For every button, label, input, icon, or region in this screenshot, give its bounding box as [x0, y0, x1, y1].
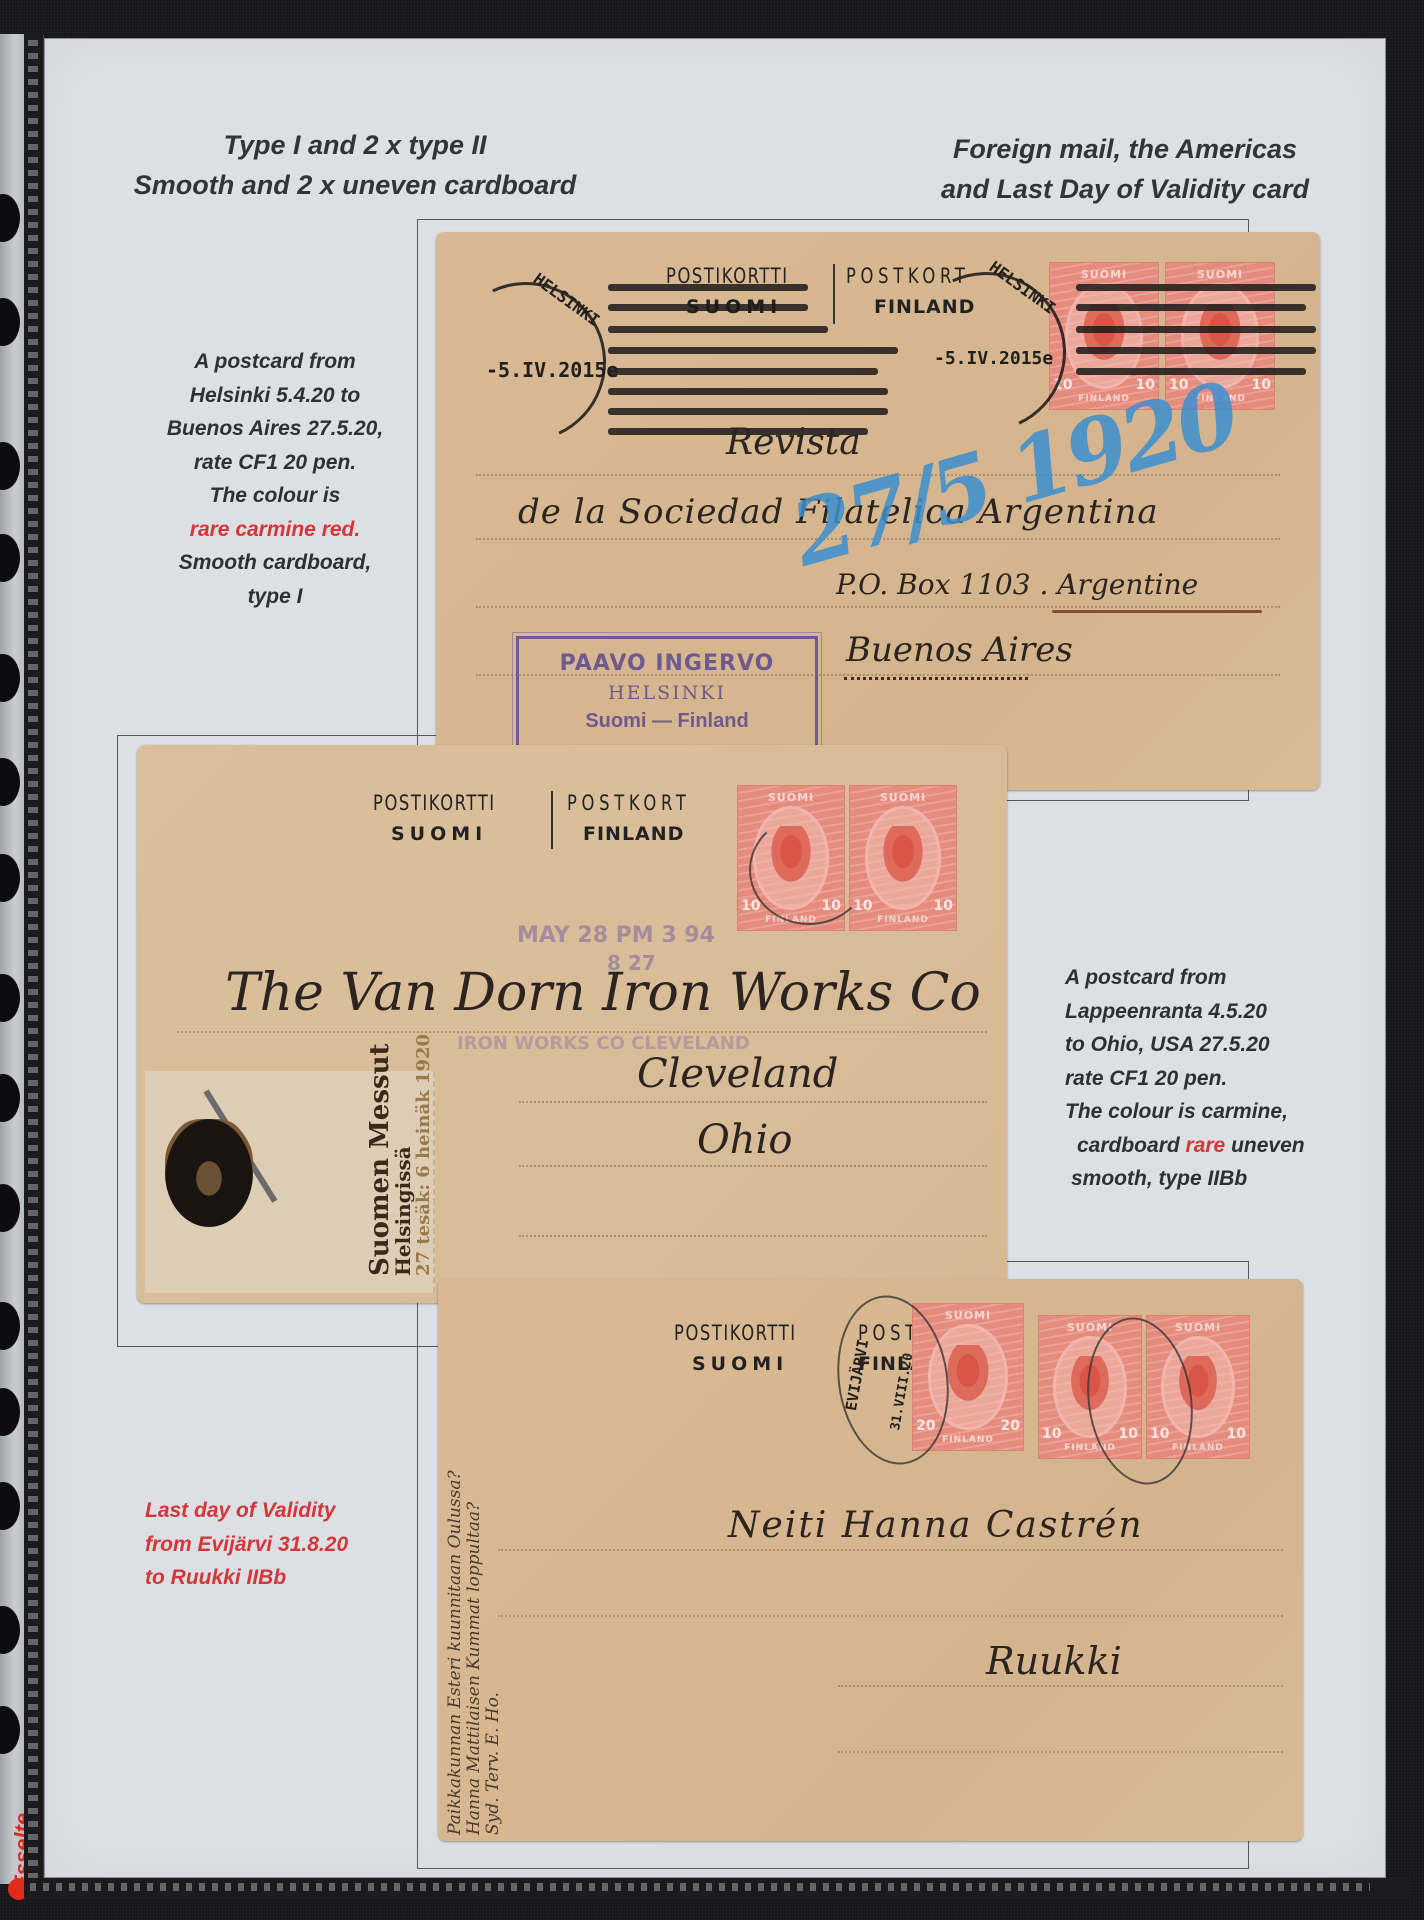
- cancel-bar: [608, 284, 808, 291]
- sleeve-rail-left: [24, 34, 44, 1886]
- card-title-fi: POSTIKORTTI SUOMI: [674, 1321, 831, 1375]
- sleeve-rail-bottom: [24, 1878, 1410, 1898]
- cancel-bar: [608, 388, 888, 395]
- message-line: Hanna Mattilaisen Kummat loppultaa?: [465, 1470, 484, 1835]
- header-left-line-2: Smooth and 2 x uneven cardboard: [125, 165, 585, 205]
- caption-line: The colour is: [125, 479, 425, 513]
- punch-hole: [0, 654, 20, 702]
- cancel-bar: [608, 347, 898, 354]
- fair-vignette-label: Suomen Messut Helsingissä 27 tesäk: 6 he…: [145, 1071, 435, 1293]
- stamp-label: FINLAND: [850, 915, 956, 925]
- caption-line: rate CF1 20 pen.: [125, 446, 425, 480]
- caption-line: A postcard from: [1065, 961, 1395, 995]
- card-title-fi: POSTIKORTTI SUOMI: [373, 791, 530, 845]
- title-divider: [551, 791, 553, 849]
- header-right-line-1: Foreign mail, the Americas: [915, 129, 1335, 169]
- caption-text: cardboard: [1077, 1134, 1186, 1157]
- caption-line: type I: [125, 580, 425, 614]
- stamp-value: 10: [1042, 1426, 1061, 1442]
- address-state: Ohio: [697, 1117, 792, 1163]
- address-recipient: The Van Dorn Iron Works Co: [225, 963, 981, 1023]
- cachet-name: PAAVO INGERVO: [519, 651, 815, 676]
- postmark-date: -5.IV.2015e: [486, 358, 618, 382]
- address-recipient: Neiti Hanna Castrén: [728, 1505, 1144, 1546]
- cancel-bar: [608, 304, 808, 311]
- caption-line: Smooth cardboard,: [125, 546, 425, 580]
- address-line: [498, 1615, 1283, 1617]
- stamp-label: SUOMI: [850, 791, 956, 804]
- punch-hole: [0, 1606, 20, 1654]
- stamp-value: 10: [741, 898, 760, 914]
- header-right: Foreign mail, the Americas and Last Day …: [915, 129, 1335, 209]
- caption-card-3: Last day of Validity from Evijärvi 31.8.…: [145, 1494, 425, 1595]
- address-line: [519, 1235, 987, 1237]
- punch-hole: [0, 758, 20, 806]
- cachet-country: Suomi — Finland: [519, 710, 815, 733]
- punch-hole: [0, 1388, 20, 1436]
- cancel-bar: [1076, 284, 1316, 291]
- address-recipient: Revista: [726, 422, 861, 463]
- caption-line: Last day of Validity: [145, 1494, 425, 1528]
- cancel-bar: [608, 368, 878, 375]
- address-city: Cleveland: [637, 1051, 838, 1097]
- title-sv: POSTKORT: [567, 791, 691, 815]
- punch-hole: [0, 854, 20, 902]
- title-fi: POSTIKORTTI: [674, 1321, 797, 1345]
- caption-line: Helsinki 5.4.20 to: [125, 379, 425, 413]
- address-line: [476, 606, 1280, 608]
- lion-emblem-icon: [1194, 304, 1246, 368]
- address-city: Buenos Aires: [846, 630, 1073, 670]
- stamp-label: SUOMI: [913, 1309, 1023, 1322]
- album-leaf: Type I and 2 x type II Smooth and 2 x un…: [44, 38, 1386, 1878]
- caption-line: A postcard from: [125, 345, 425, 379]
- address-line: [177, 1031, 987, 1033]
- receiving-mark: MAY 28 PM 3 94: [517, 923, 715, 948]
- stamp-value: 10: [934, 898, 953, 914]
- punch-hole: [0, 298, 20, 346]
- punch-hole: [0, 1302, 20, 1350]
- cancel-bar: [1076, 304, 1306, 311]
- country-fi: SUOMI: [674, 1353, 831, 1375]
- cachet-city: HELSINKI: [519, 682, 815, 704]
- caption-card-1: A postcard from Helsinki 5.4.20 to Bueno…: [125, 345, 425, 613]
- caption-line: to Ohio, USA 27.5.20: [1065, 1028, 1395, 1062]
- postcard-1: POSTIKORTTI SUOMI POSTKORT FINLAND SUOMI…: [436, 232, 1320, 790]
- address-city: Ruukki: [986, 1639, 1122, 1683]
- stamp-label: SUOMI: [1166, 268, 1274, 281]
- punch-hole: [0, 1482, 20, 1530]
- cancel-bar: [608, 326, 828, 333]
- postcard-3: POSTIKORTTI SUOMI POSTKORT FINLAND SUOMI…: [438, 1279, 1303, 1841]
- address-line: [519, 1101, 987, 1103]
- caption-text: uneven: [1225, 1134, 1304, 1157]
- stamp-label: SUOMI: [738, 791, 844, 804]
- address-line: [498, 1549, 1283, 1551]
- address-line: [519, 1165, 987, 1167]
- address-line: [838, 1751, 1283, 1753]
- caption-line: The colour is carmine,: [1065, 1095, 1395, 1129]
- caption-line: to Ruukki IIBb: [145, 1561, 425, 1595]
- caption-line: Buenos Aires 27.5.20,: [125, 412, 425, 446]
- title-divider: [833, 264, 835, 324]
- stamp-label: SUOMI: [1050, 268, 1158, 281]
- address-line: [838, 1685, 1283, 1687]
- stamp-value: 20: [1001, 1418, 1020, 1434]
- punch-hole: [0, 974, 20, 1022]
- punch-hole: [0, 1184, 20, 1232]
- message-line: Paikkakunnan Esteri kuunnitaan Oulussa?: [446, 1470, 465, 1835]
- cancel-bar: [1076, 347, 1316, 354]
- sender-cachet: PAAVO INGERVO HELSINKI Suomi — Finland: [516, 636, 818, 760]
- country-sv: FINLAND: [567, 823, 725, 845]
- vignette-city: Helsingissä: [391, 1146, 415, 1276]
- red-underline: [1052, 610, 1262, 613]
- punch-hole: [0, 1074, 20, 1122]
- header-right-line-2: and Last Day of Validity card: [915, 169, 1335, 209]
- title-fi: POSTIKORTTI: [373, 791, 496, 815]
- caption-card-2: A postcard from Lappeenranta 4.5.20 to O…: [1065, 961, 1395, 1196]
- stamp-value: 10: [1252, 377, 1271, 393]
- card-title-sv: POSTKORT FINLAND: [567, 791, 725, 845]
- sleeve-binding-strip: [0, 34, 24, 1884]
- punch-hole: [0, 194, 20, 242]
- address-line-3: P.O. Box 1103 . Argentine: [836, 568, 1198, 601]
- stamp-value: 10: [1227, 1426, 1246, 1442]
- wavy-underline: [844, 676, 1028, 680]
- vignette-dates: 27 tesäk: 6 heinäk 1920: [413, 1034, 434, 1276]
- header-left: Type I and 2 x type II Smooth and 2 x un…: [125, 125, 585, 205]
- cancel-bar: [608, 408, 888, 415]
- postmark-lappeenranta: [749, 815, 869, 925]
- postmark-date: -5.IV.2015e: [934, 348, 1053, 369]
- country-fi: SUOMI: [373, 823, 530, 845]
- caption-line: Lappeenranta 4.5.20: [1065, 995, 1395, 1029]
- cancel-bar: [1076, 326, 1316, 333]
- punch-hole: [0, 442, 20, 490]
- lion-emblem-icon: [1078, 304, 1130, 368]
- caption-highlight: rare carmine red.: [125, 513, 425, 547]
- lion-emblem-icon: [878, 826, 929, 889]
- caption-line: smooth, type IIBb: [1065, 1162, 1395, 1196]
- caption-line: from Evijärvi 31.8.20: [145, 1528, 425, 1562]
- caption-line: rate CF1 20 pen.: [1065, 1062, 1395, 1096]
- postcard-2: POSTIKORTTI SUOMI POSTKORT FINLAND SUOMI…: [137, 745, 1007, 1303]
- header-left-line-1: Type I and 2 x type II: [125, 125, 585, 165]
- caption-highlight: rare: [1186, 1134, 1226, 1157]
- punch-hole: [0, 534, 20, 582]
- bear-head-icon: [165, 1119, 253, 1227]
- lion-emblem-icon: [942, 1345, 995, 1409]
- message-line: Syd. Terv. E. Ho.: [484, 1470, 503, 1835]
- caption-line: cardboard rare uneven: [1065, 1129, 1395, 1163]
